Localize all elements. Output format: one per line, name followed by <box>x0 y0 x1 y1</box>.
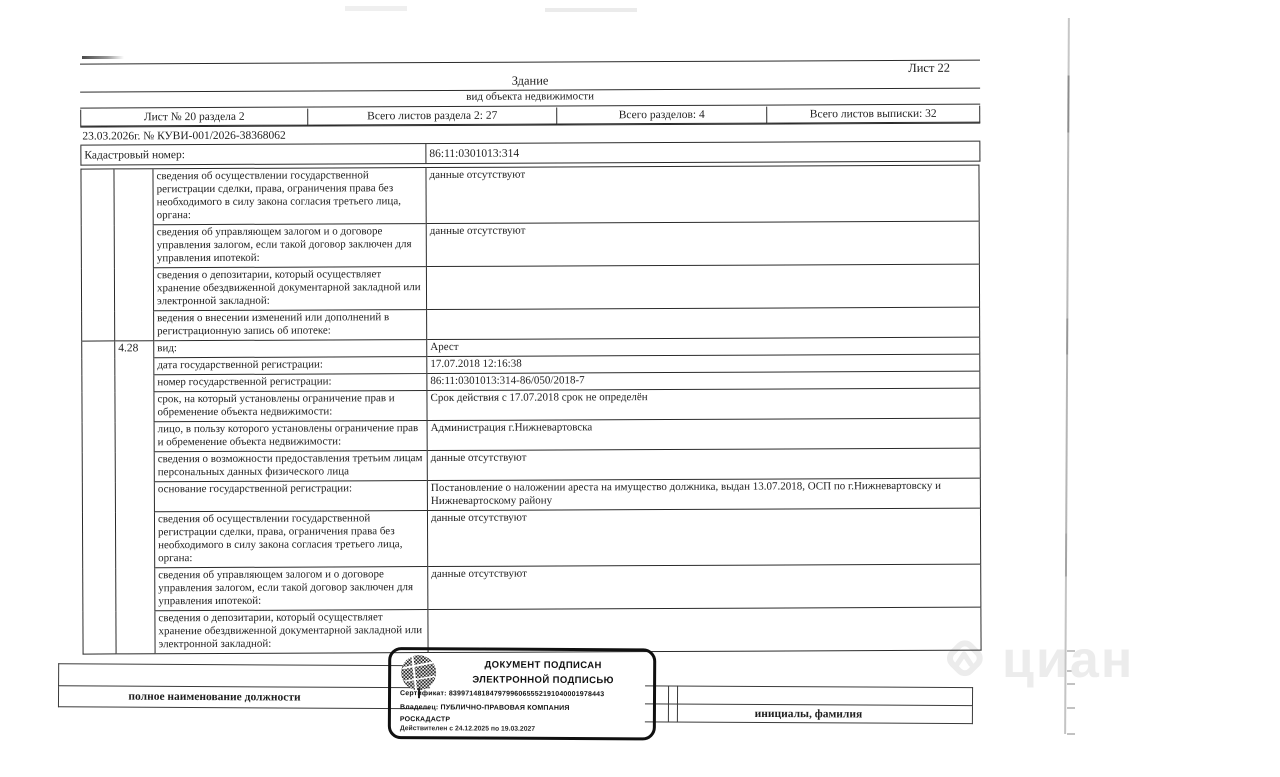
row-number-cell <box>116 611 155 654</box>
row-margin-cell <box>82 512 115 568</box>
table-row: сведения об осуществлении государственно… <box>81 165 979 225</box>
registry-table-body: сведения об осуществлении государственно… <box>81 165 981 654</box>
row-number-cell <box>115 375 154 392</box>
table-row: сведения о возможности предоставления тр… <box>82 448 980 482</box>
row-label-cell: сведения об управляющем залогом и о дого… <box>153 224 426 268</box>
row-value-cell <box>428 607 981 652</box>
row-number-cell <box>115 452 154 482</box>
table-row: сведения об управляющем залогом и о дого… <box>81 221 979 268</box>
registry-table: сведения об осуществлении государственно… <box>80 165 981 655</box>
signature-line <box>58 663 430 688</box>
row-value-cell: данные отсутствуют <box>426 165 979 223</box>
row-margin-cell <box>82 341 115 358</box>
document-body: Здание Лист 22 вид объекта недвижимости … <box>80 60 983 655</box>
row-margin-cell <box>82 392 115 422</box>
row-label-cell: дата государственной регистрации: <box>154 357 427 375</box>
row-label-cell: сведения об осуществлении государственно… <box>154 511 427 568</box>
row-number-cell <box>114 169 153 225</box>
row-label-cell: номер государственной регистрации: <box>154 374 427 392</box>
scan-artifact <box>1067 733 1075 735</box>
emblem-stand <box>418 688 420 698</box>
cadastral-number-row: Кадастровый номер: 86:11:0301013:314 <box>80 142 980 166</box>
row-value-cell: данные отсутствуют <box>428 564 981 609</box>
row-value-cell <box>426 264 979 309</box>
scan-artifact <box>545 8 637 12</box>
sheet-number: Лист 22 <box>908 61 950 76</box>
row-number-cell <box>115 392 154 422</box>
scan-fold-line <box>1064 18 1070 734</box>
table-row: ведения о внесении изменений или дополне… <box>82 307 980 341</box>
row-margin-cell <box>81 169 114 225</box>
table-row: сведения о депозитарии, который осуществ… <box>81 264 979 311</box>
row-value-cell <box>427 307 980 339</box>
electronic-signature-stamp: ДОКУМЕНТ ПОДПИСАН ЭЛЕКТРОННОЙ ПОДПИСЬЮ С… <box>388 647 656 740</box>
signature-divider-line <box>668 685 669 722</box>
stamp-title: ЭЛЕКТРОННОЙ ПОДПИСЬЮ <box>443 674 643 686</box>
row-number-cell: 4.28 <box>115 341 154 358</box>
row-margin-cell <box>82 452 115 482</box>
row-number-cell <box>114 225 153 268</box>
object-kind: Здание <box>512 74 549 89</box>
row-label-cell: ведения о внесении изменений или дополне… <box>154 310 427 341</box>
row-number-cell <box>115 482 154 512</box>
row-label-cell: сведения о депозитарии, который осуществ… <box>153 267 426 311</box>
stamp-certificate: Сертификат: 8399714818479799606555219104… <box>400 690 650 698</box>
row-value-cell: данные отсутствуют <box>427 448 980 480</box>
signature-line <box>645 685 973 706</box>
cadastral-number-value: 86:11:0301013:314 <box>425 142 979 163</box>
signature-divider-line <box>677 686 678 723</box>
row-margin-cell <box>81 225 114 268</box>
row-label-cell: лицо, в пользу которого установлены огра… <box>154 421 427 452</box>
table-row: срок, на который установлены ограничение… <box>82 388 980 422</box>
row-number-cell <box>115 358 154 375</box>
row-number-cell <box>116 568 155 611</box>
header-object-kind-row: Здание Лист 22 <box>80 60 980 93</box>
scan-artifact <box>82 56 124 59</box>
row-value-cell: данные отсутствуют <box>426 221 979 266</box>
row-label-cell: сведения о возможности предоставления тр… <box>154 451 427 482</box>
row-margin-cell <box>82 375 115 392</box>
signature-position-block: полное наименование должности <box>58 663 430 709</box>
table-row: лицо, в пользу которого установлены огра… <box>82 418 980 452</box>
signature-position-caption: полное наименование должности <box>58 686 430 709</box>
roskadastr-emblem-icon <box>400 654 437 691</box>
row-number-cell <box>114 268 153 311</box>
sheet-info-cell: Всего листов выписки: 32 <box>767 106 980 124</box>
row-label-cell: сведения о депозитарии, который осуществ… <box>155 610 428 654</box>
row-margin-cell <box>82 422 115 452</box>
cadastral-number-label: Кадастровый номер: <box>81 144 425 165</box>
row-value-cell: Срок действия с 17.07.2018 срок не опред… <box>427 388 980 420</box>
stamp-validity: Действителен с 24.12.2025 по 19.03.2027 <box>400 725 650 733</box>
row-margin-cell <box>83 611 116 654</box>
sheet-info-cell: Лист № 20 раздела 2 <box>80 109 308 127</box>
row-margin-cell <box>81 268 114 311</box>
cian-watermark-text: циан <box>1002 634 1134 686</box>
signature-name-block: инициалы, фамилия <box>645 685 973 724</box>
row-margin-cell <box>82 311 115 341</box>
table-row: основание государственной регистрации: П… <box>82 478 980 512</box>
request-number: 23.03.2026г. № КУВИ-001/2026-38368062 <box>82 129 285 142</box>
stamp-owner: Владелец: ПУБЛИЧНО-ПРАВОВАЯ КОМПАНИЯ РОС… <box>400 702 605 726</box>
row-value-cell: данные отсутствуют <box>427 508 980 566</box>
sheet-info-cell: Всего разделов: 4 <box>557 107 767 125</box>
row-margin-cell <box>82 358 115 375</box>
table-row: сведения об осуществлении государственно… <box>82 508 980 568</box>
scan-artifact <box>1067 707 1075 709</box>
row-label-cell: основание государственной регистрации: <box>154 481 427 512</box>
stamp-title: ДОКУМЕНТ ПОДПИСАН <box>443 659 643 671</box>
signature-name-caption: инициалы, фамилия <box>645 704 973 724</box>
row-number-cell <box>115 422 154 452</box>
object-kind-caption: вид объекта недвижимости <box>466 90 594 104</box>
row-label-cell: вид: <box>154 340 427 358</box>
row-margin-cell <box>83 568 116 611</box>
row-label-cell: сведения об осуществлении государственно… <box>153 168 426 225</box>
table-row: сведения о депозитарии, который осуществ… <box>83 607 981 654</box>
row-number-cell <box>115 512 154 568</box>
sheet-info-cell: Всего листов раздела 2: 27 <box>308 107 557 125</box>
table-row: сведения об управляющем залогом и о дого… <box>83 564 981 611</box>
row-value-cell: Постановление о наложении ареста на имущ… <box>427 478 980 510</box>
row-label-cell: срок, на который установлены ограничение… <box>154 391 427 422</box>
row-margin-cell <box>82 482 115 512</box>
scan-artifact <box>345 6 407 11</box>
row-label-cell: сведения об управляющем залогом и о дого… <box>155 567 428 611</box>
row-value-cell: Администрация г.Нижневартовска <box>427 418 980 450</box>
row-number-cell <box>115 311 154 341</box>
scanned-egrn-extract-page: циан Здание Лист 22 вид объекта недвижим… <box>0 0 1280 777</box>
